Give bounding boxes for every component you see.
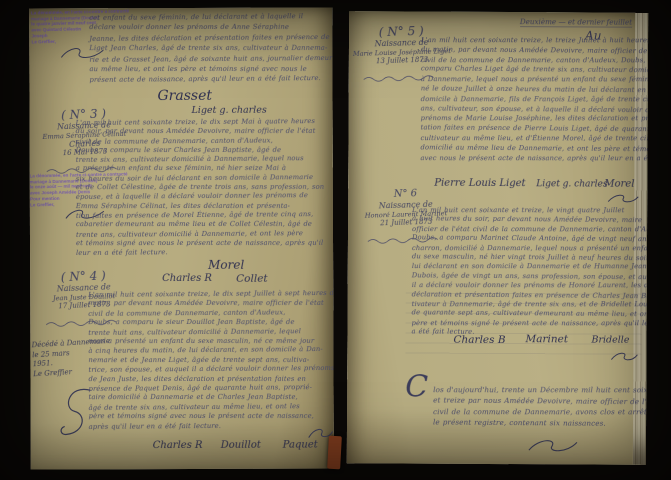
text-line: domicile à Dannemarie, fils de François … xyxy=(421,95,645,105)
signature-marinet: Marinet xyxy=(525,333,568,345)
text-line: du soir, par devant nous Amédée Devoivre… xyxy=(76,127,332,137)
signature-collet: Collet xyxy=(236,273,268,285)
book-spine-fragment xyxy=(327,436,342,470)
text-line: los d'aujourd'hui, trente un Décembre mi… xyxy=(433,384,645,395)
text-line: il a déclaré vouloir donner les prénoms … xyxy=(412,281,646,291)
text-line: leur en a été fait lecture. xyxy=(76,247,332,258)
text-line: cultivateur au même lieu, et d'Étienne M… xyxy=(421,134,645,144)
act-2-text: cet enfant du sexe féminin, de lui décla… xyxy=(89,11,331,85)
signature-morel: Morel xyxy=(208,258,244,272)
text-line: présent acte de naissance, après qu'il l… xyxy=(89,73,331,85)
mayor-paraph xyxy=(527,436,579,458)
text-line: Doubs, a comparu Marinet Claude Antoine,… xyxy=(412,233,646,244)
act-5-text: L'an mil huit cent soixante treize, le t… xyxy=(420,36,645,165)
mayor-paraph xyxy=(609,349,639,368)
text-line: du matin, par devant nous Amédée Devoivr… xyxy=(421,45,645,57)
act-3-text: L'an mil huit cent soixante treize, le d… xyxy=(76,117,332,257)
text-line: trice, son épouse, et auquel il a déclar… xyxy=(88,364,332,375)
right-page: Deuxième — et dernier feuillet Au ( N° 5… xyxy=(347,11,648,465)
signature-grasset: Grasset xyxy=(157,88,212,104)
act-6-text: L'an mil huit cent soixante et treize, l… xyxy=(411,206,646,339)
signature-charles: Charles R xyxy=(162,273,212,284)
text-line: civil de la commune de Dannemarie, avons… xyxy=(433,406,645,417)
signature-douillot: Douillot xyxy=(221,440,261,451)
text-line: cabaretier demeurant au même lieu et de … xyxy=(76,220,332,230)
register-scan: La dénommée, en l'acte ci-contre a contr… xyxy=(0,0,671,480)
signature-charles: Charles B xyxy=(453,334,505,346)
left-page: La dénommée, en l'acte ci-contre a contr… xyxy=(29,7,334,469)
text-line: né le douze Juillet à onze heures du mat… xyxy=(421,84,645,96)
text-line: Liget Jean Charles, âgé de trente six an… xyxy=(89,43,331,54)
text-line: domicilié au même lieu de Dannemarie, et… xyxy=(420,143,644,155)
signature-liget: Liget g. charles xyxy=(536,179,607,189)
closing-initial: C xyxy=(405,370,428,405)
signature-liget: Liget g. charles xyxy=(192,105,267,116)
closing-statement: los d'aujourd'hui, trente un Décembre mi… xyxy=(433,384,645,429)
act-4-text: L'an mil huit cent soixante treize, le d… xyxy=(88,289,332,431)
text-line: et treize par nous Amédée Devoivre, mair… xyxy=(433,394,645,407)
signature-bridelle: Bridelle xyxy=(591,334,629,345)
text-line: déclare vouloir donner les prénoms de An… xyxy=(89,22,331,33)
folio-annotation: Deuxième — et dernier feuillet xyxy=(520,17,632,28)
text-line: le présent registre, contenant six naiss… xyxy=(433,416,645,429)
signature-charles: Charles R xyxy=(153,440,203,451)
text-line: après qu'il leur en a été fait lecture. xyxy=(89,421,333,432)
signature-morel: Morel xyxy=(604,179,634,190)
text-line: avec nous le présent acte de naissance, … xyxy=(420,154,644,164)
text-line: Doubs, a comparu le sieur Douillot Jean … xyxy=(88,318,332,328)
